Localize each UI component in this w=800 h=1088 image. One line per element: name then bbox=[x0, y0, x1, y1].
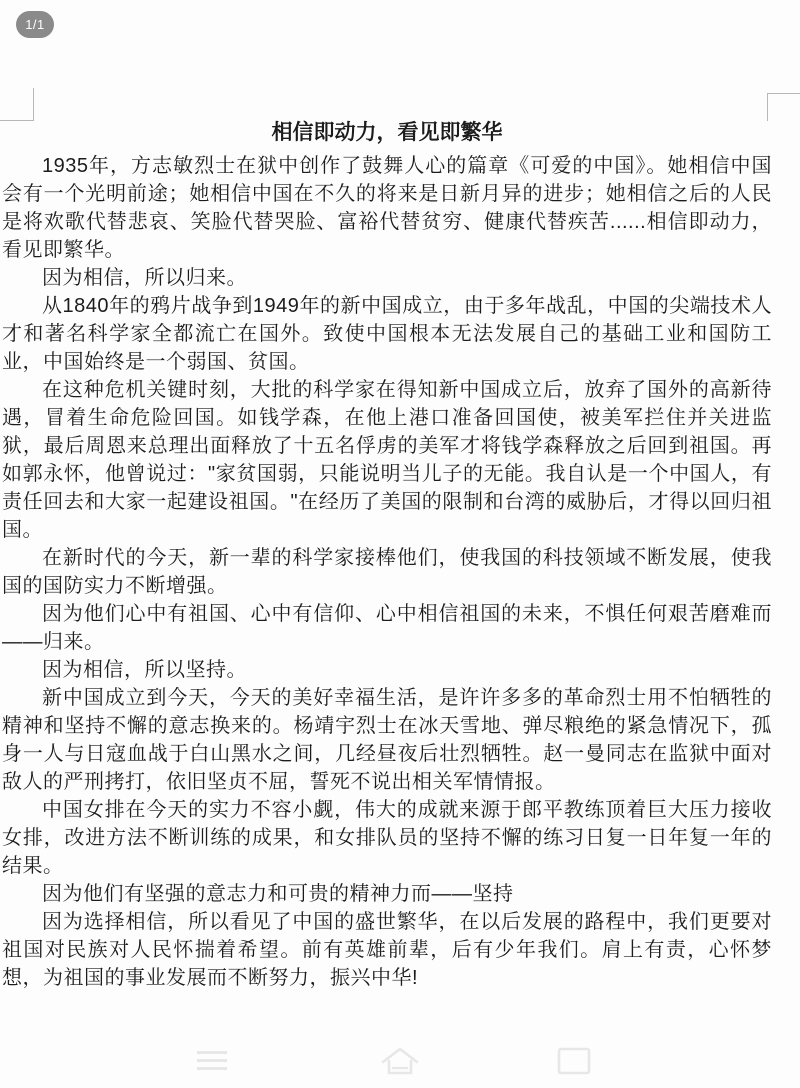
paragraph: 从1840年的鸦片战争到1949年的新中国成立，由于多年战乱，中国的尖端技术人才… bbox=[2, 292, 772, 376]
paragraph: 因为他们心中有祖国、心中有信仰、心中相信祖国的未来，不惧任何艰苦磨难而——归来。 bbox=[2, 600, 772, 656]
home-icon bbox=[380, 1045, 420, 1077]
paragraph: 因为他们有坚强的意志力和可贵的精神力而——坚持 bbox=[2, 880, 772, 908]
menu-icon bbox=[195, 1047, 229, 1075]
paragraph: 中国女排在今天的实力不容小觑，伟大的成就来源于郎平教练顶着巨大压力接收女排，改进… bbox=[2, 796, 772, 880]
nav-recents-button[interactable] bbox=[552, 1040, 596, 1082]
paragraph: 因为相信，所以坚持。 bbox=[2, 656, 772, 684]
paragraph: 在这种危机关键时刻，大批的科学家在得知新中国成立后，放弃了国外的高新待遇，冒着生… bbox=[2, 376, 772, 544]
document-title: 相信即动力，看见即繁华 bbox=[2, 118, 772, 148]
paragraph: 因为选择相信，所以看见了中国的盛世繁华，在以后发展的路程中，我们更要对祖国对民族… bbox=[2, 908, 772, 992]
recents-icon bbox=[556, 1046, 592, 1076]
paragraph: 1935年，方志敏烈士在狱中创作了鼓舞人心的篇章《可爱的中国》。她相信中国会有一… bbox=[2, 152, 772, 264]
nav-home-button[interactable] bbox=[378, 1040, 422, 1082]
android-nav-bar bbox=[0, 1032, 800, 1088]
page-indicator-badge: 1/1 bbox=[16, 11, 54, 38]
page-indicator-label: 1/1 bbox=[25, 17, 45, 32]
paragraph: 因为相信，所以归来。 bbox=[2, 264, 772, 292]
paragraph: 新中国成立到今天，今天的美好幸福生活，是许许多多的革命烈士用不怕牺牲的精神和坚持… bbox=[2, 684, 772, 796]
document-page: 相信即动力，看见即繁华 1935年，方志敏烈士在狱中创作了鼓舞人心的篇章《可爱的… bbox=[2, 118, 772, 992]
nav-menu-button[interactable] bbox=[190, 1040, 234, 1082]
paragraph: 在新时代的今天，新一辈的科学家接棒他们，使我国的科技领域不断发展，使我国的国防实… bbox=[2, 544, 772, 600]
page-margin-mark-left bbox=[0, 88, 34, 121]
page-margin-mark-right bbox=[767, 93, 800, 121]
